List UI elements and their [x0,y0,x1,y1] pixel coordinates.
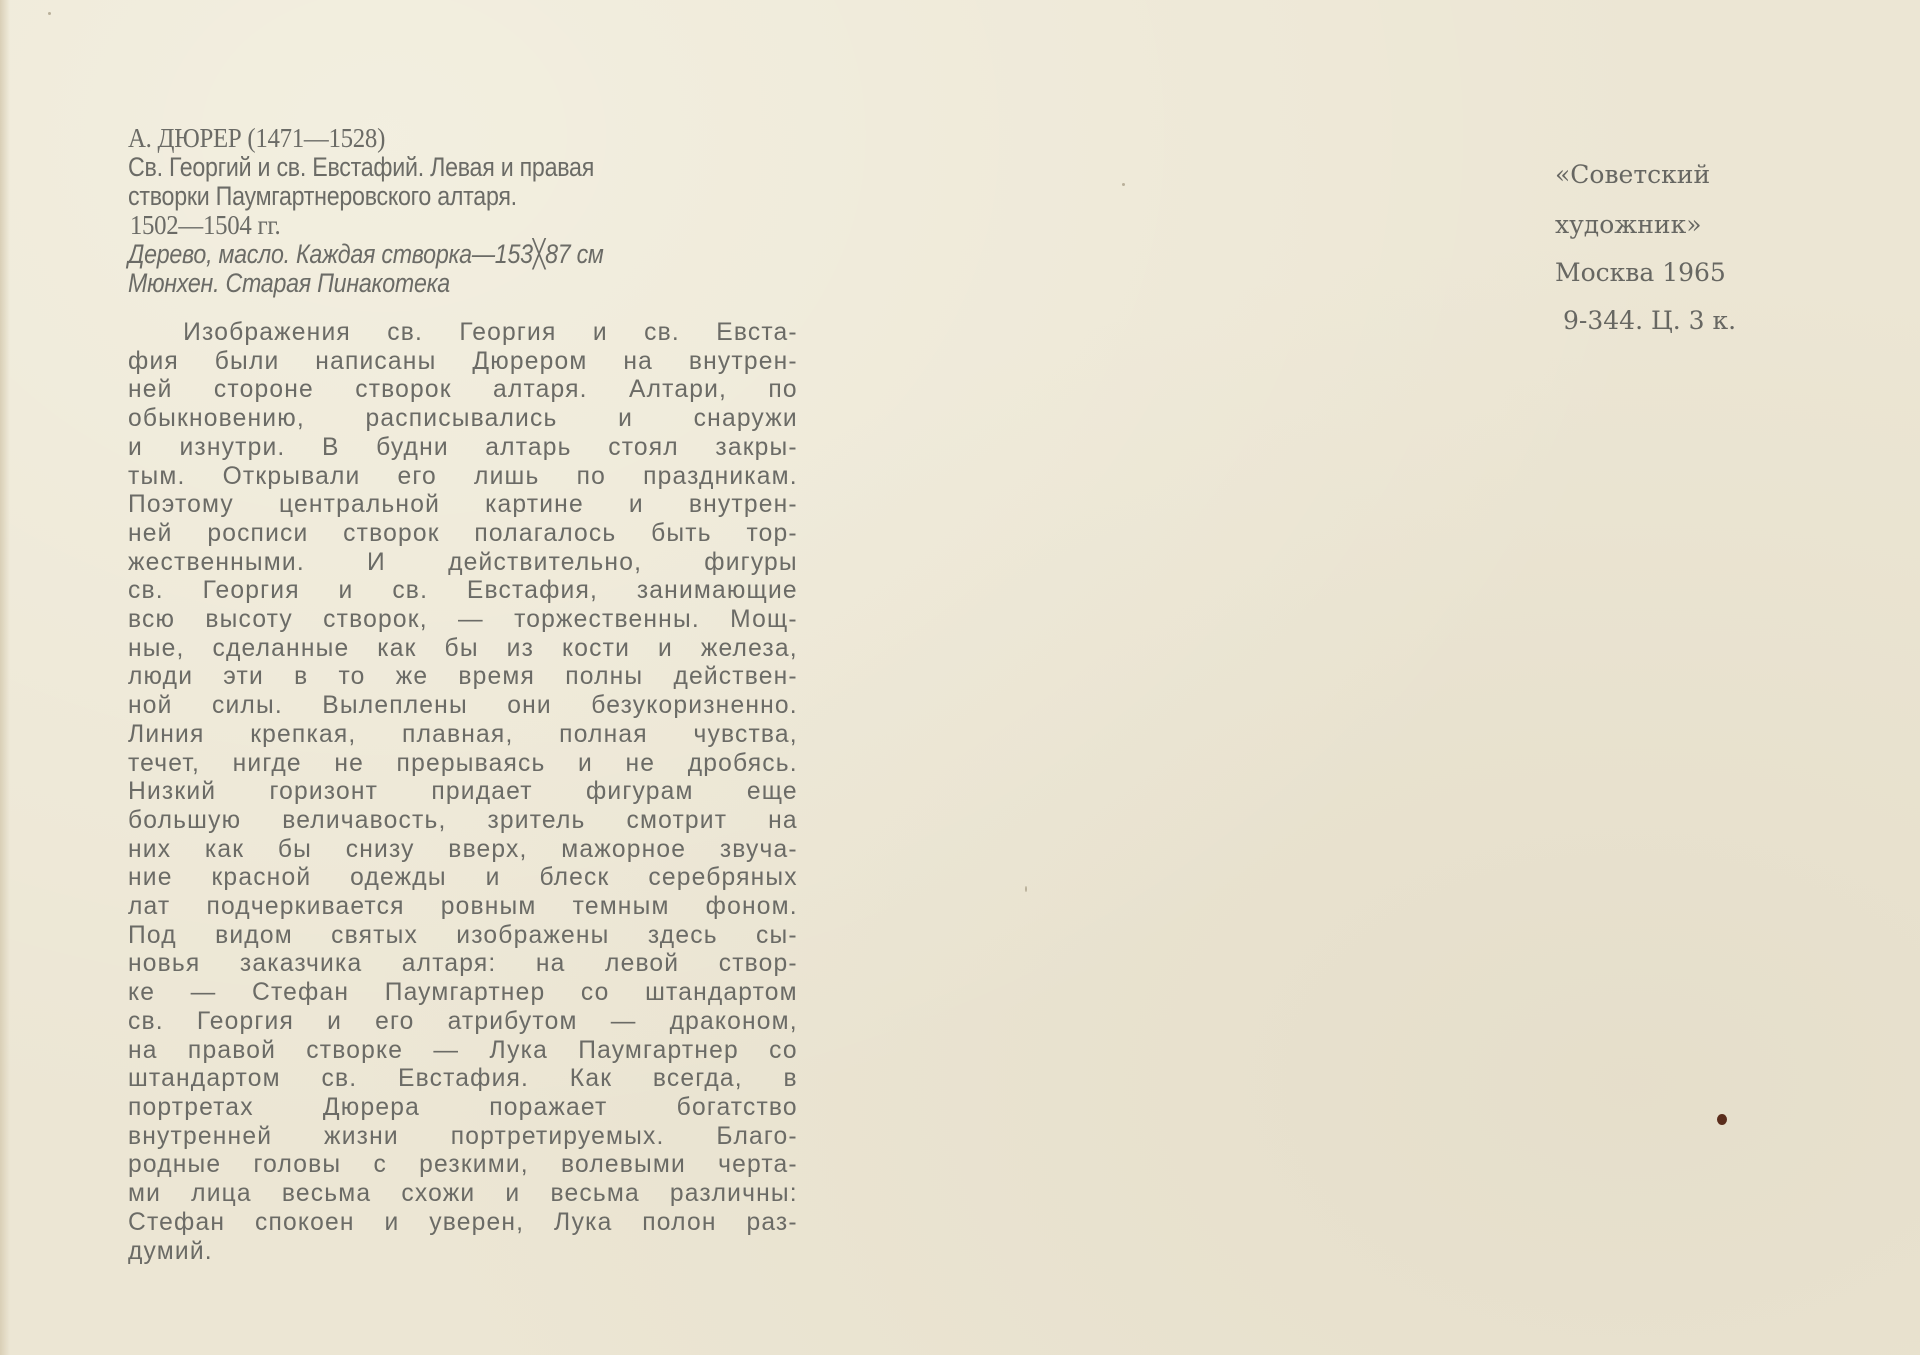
paragraph-line: ней стороне створок алтаря. Алтари, по [128,375,798,404]
paragraph-line: ней росписи створок полагалось быть тор- [128,519,798,548]
paragraph-line: штандартом св. Евстафия. Как всегда, в [128,1064,798,1093]
artwork-dates: 1502—1504 гг. [128,211,772,240]
paper-speck [48,12,51,15]
paragraph-line: лат подчеркивается ровным темным фоном. [128,892,798,921]
paragraph-line: родные головы с резкими, волевыми черта- [128,1150,798,1179]
artwork-location: Мюнхен. Старая Пинакотека [128,269,730,298]
artwork-medium-size: Дерево, масло. Каждая створка—153╳87 см [128,240,730,269]
paragraph-line: св. Георгия и его атрибутом — драконом, [128,1007,798,1036]
artwork-title-line-2: створки Паумгартнеровского алтаря. [128,182,730,211]
artist-title: А. ДЮРЕР (1471—1528) [128,124,772,153]
paragraph-line: Линия крепкая, плавная, полная чувства, [128,720,798,749]
paragraph-line: ке — Стефан Паумгартнер со штандартом [128,978,798,1007]
paragraph-line: течет, нигде не прерываясь и не дробясь. [128,749,798,778]
publisher-name-line-1: «Советский [1555,160,1710,189]
paragraph-line: тым. Открывали его лишь по праздникам. [128,462,798,491]
paragraph-line: ной силы. Вылеплены они безукоризненно. [128,691,798,720]
paragraph-line: ние красной одежды и блеск серебряных [128,863,798,892]
paragraph-line: внутренней жизни портретируемых. Благо- [128,1122,798,1151]
paragraph-line: думий. [128,1237,798,1266]
paragraph-line: большую величавость, зритель смотрит на [128,806,798,835]
artwork-caption: А. ДЮРЕР (1471—1528) Св. Георгий и св. Е… [128,124,828,298]
paragraph-line: люди эти в то же время полны действен- [128,662,798,691]
paragraph-line: Изображения св. Георгия и св. Евста- [128,318,798,347]
card-left-edge-shadow [0,0,10,1355]
paragraph-line: них как бы снизу вверх, мажорное звуча- [128,835,798,864]
artwork-title-line-1: Св. Георгий и св. Евстафий. Левая и прав… [128,153,730,182]
description-paragraph: Изображения св. Георгия и св. Евста- фия… [128,318,808,1265]
ink-stain-mark [1717,1114,1727,1125]
paragraph-line: Стефан спокоен и уверен, Лука полон раз- [128,1208,798,1237]
paragraph-line: и изнутри. В будни алтарь стоял закры- [128,433,798,462]
paragraph-line: фия были написаны Дюрером на внутрен- [128,347,798,376]
paragraph-line: на правой створке — Лука Паумгартнер со [128,1036,798,1065]
paper-speck [1025,886,1027,892]
paragraph-line: новья заказчика алтаря: на левой створ- [128,949,798,978]
paragraph-line: портретах Дюрера поражает богатство [128,1093,798,1122]
paragraph-line: ные, сделанные как бы из кости и железа, [128,634,798,663]
paragraph-line: ми лица весьма схожи и весьма различны: [128,1179,798,1208]
publisher-name-line-2: художник» [1555,210,1702,239]
order-number-price: 9-344. Ц. 3 к. [1563,306,1736,335]
paragraph-line: жественными. И действительно, фигуры [128,548,798,577]
publication-city-year: Москва 1965 [1555,258,1726,287]
paragraph-line: всю высоту створок, — торжественны. Мощ- [128,605,798,634]
paragraph-line: Низкий горизонт придает фигурам еще [128,777,798,806]
paragraph-line: св. Георгия и св. Евстафия, занимающие [128,576,798,605]
paragraph-line: Поэтому центральной картине и внутрен- [128,490,798,519]
paper-speck [1122,183,1125,186]
paragraph-line: обыкновению, расписывались и снаружи [128,404,798,433]
paragraph-line: Под видом святых изображены здесь сы- [128,921,798,950]
